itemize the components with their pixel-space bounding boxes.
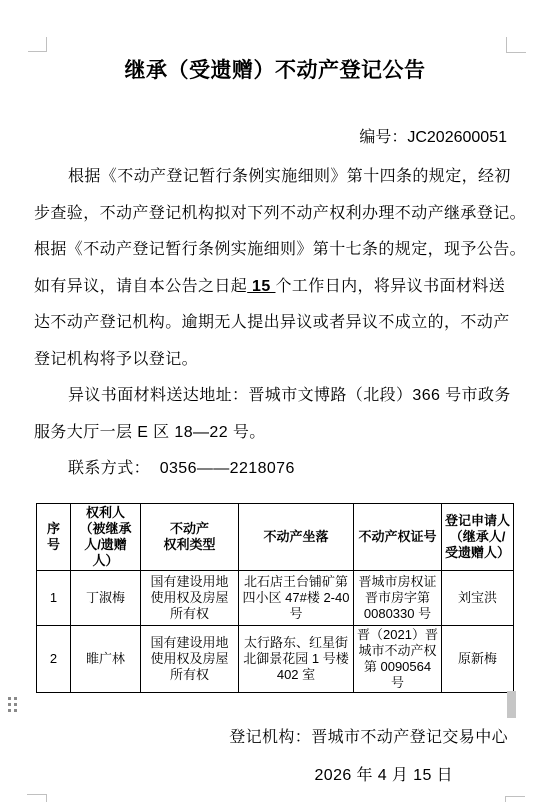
cell-applicant: 刘宝洪 [442, 571, 514, 626]
cell-certificate-number: 晋（2021）晋 城市不动产权 第 0090564 号 [354, 626, 442, 693]
cell-right-type: 国有建设用地 使用权及房屋 所有权 [141, 626, 239, 693]
margin-mark-bottom-left [27, 794, 47, 802]
deadline-days-value: 15 [247, 278, 275, 295]
cell-serial-number: 2 [37, 626, 71, 693]
cell-applicant: 原新梅 [442, 626, 514, 693]
cell-serial-number: 1 [37, 571, 71, 626]
document-page: 继承（受遗赠）不动产登记公告 编号：JC202600051 根据《不动产登记暂行… [0, 0, 550, 802]
paragraph-address: 异议书面材料送达地址：晋城市文博路（北段）366 号市政务 服务大厅一层 E 区… [34, 378, 536, 451]
table-row: 2 睢广林 国有建设用地 使用权及房屋 所有权 太行路东、红星街 北御景花园 1… [37, 626, 514, 693]
header-right-type: 不动产 权利类型 [141, 504, 239, 571]
cell-certificate-number: 晋城市房权证 晋市房字第 0080330 号 [354, 571, 442, 626]
cell-right-holder: 睢广林 [71, 626, 141, 693]
paragraph-contact: 联系方式： 0356——2218076 [34, 451, 536, 488]
table-resize-handle[interactable] [507, 691, 516, 718]
margin-mark-top-right [506, 37, 526, 53]
paragraph-notice: 根据《不动产登记暂行条例实施细则》第十四条的规定，经初 步查验，不动产登记机构拟… [34, 159, 536, 378]
header-right-holder: 权利人 （被继承 人/遗赠 人） [71, 504, 141, 571]
header-certificate-number: 不动产权证号 [354, 504, 442, 571]
header-property-location: 不动产坐落 [239, 504, 354, 571]
document-number: 编号：JC202600051 [359, 124, 507, 147]
footer-date: 2026 年 4 月 15 日 [314, 762, 453, 785]
cell-right-holder: 丁淑梅 [71, 571, 141, 626]
document-title: 继承（受遗赠）不动产登记公告 [0, 54, 550, 84]
cell-right-type: 国有建设用地 使用权及房屋 所有权 [141, 571, 239, 626]
document-body: 根据《不动产登记暂行条例实施细则》第十四条的规定，经初 步查验，不动产登记机构拟… [34, 159, 536, 488]
cell-property-location: 北石店王台铺矿第 四小区 47#楼 2-40 号 [239, 571, 354, 626]
margin-mark-bottom-right [505, 796, 525, 802]
registration-table: 序 号 权利人 （被继承 人/遗赠 人） 不动产 权利类型 不动产坐落 不动产权… [36, 503, 514, 693]
header-serial-number: 序 号 [37, 504, 71, 571]
table-header-row: 序 号 权利人 （被继承 人/遗赠 人） 不动产 权利类型 不动产坐落 不动产权… [37, 504, 514, 571]
six-dot-marker [8, 697, 17, 712]
margin-mark-top-left [28, 37, 47, 52]
table-row: 1 丁淑梅 国有建设用地 使用权及房屋 所有权 北石店王台铺矿第 四小区 47#… [37, 571, 514, 626]
footer-agency: 登记机构：晋城市不动产登记交易中心 [229, 724, 508, 747]
notice-text-before-deadline: 根据《不动产登记暂行条例实施细则》第十四条的规定，经初 步查验，不动产登记机构拟… [34, 168, 526, 295]
cell-property-location: 太行路东、红星街 北御景花园 1 号楼 402 室 [239, 626, 354, 693]
header-applicant: 登记申请人 （继承人/ 受遗赠人） [442, 504, 514, 571]
